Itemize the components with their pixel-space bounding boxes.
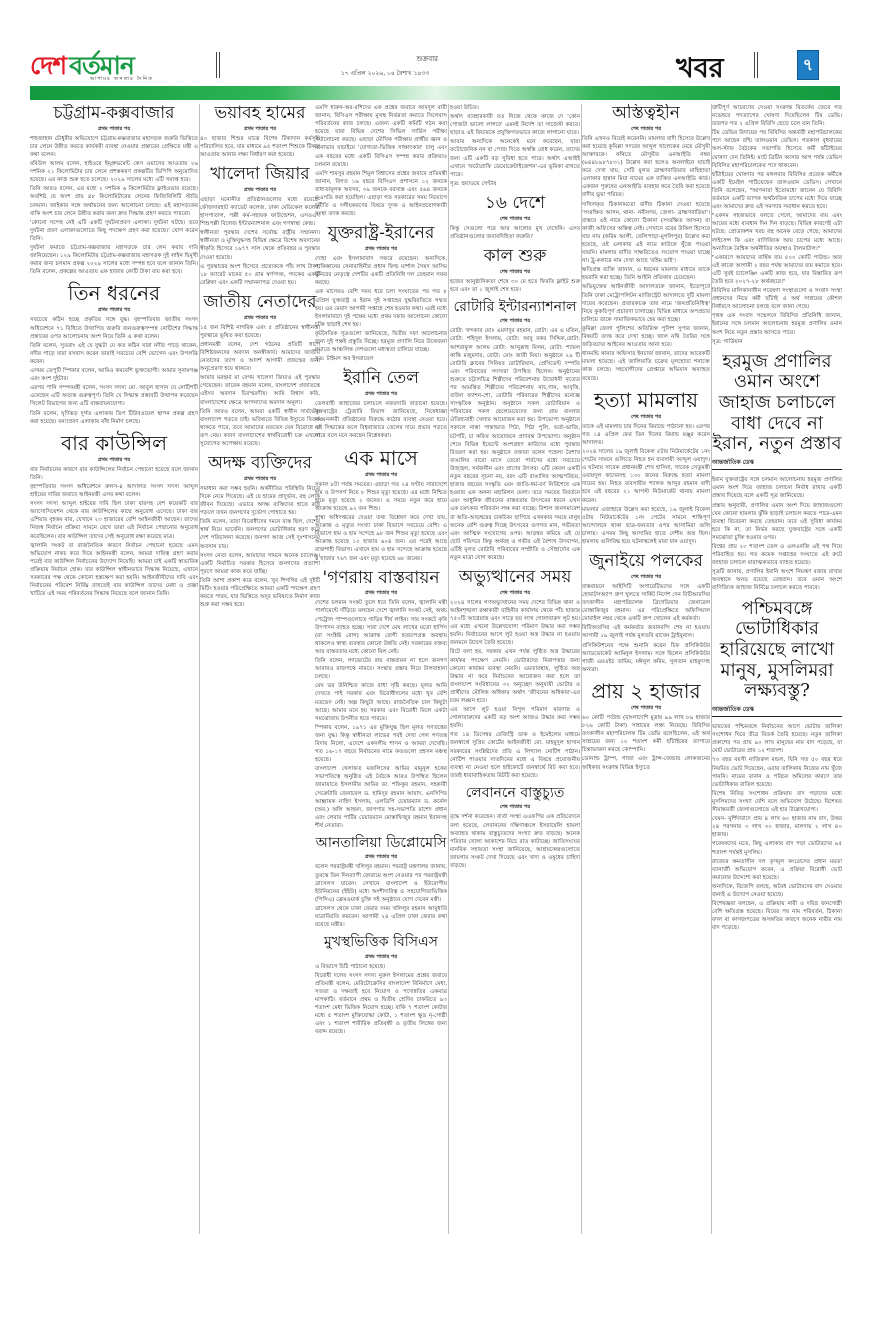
story-headline: যুক্তরাষ্ট্র-ইরানের (315, 224, 447, 243)
jump-line: প্রথম পাতার পর (315, 471, 447, 479)
story-paragraph: তিনি বলেন, গণভোটের রায় বাস্তবায়ন না হল… (315, 657, 447, 681)
story-headline: জাতীয় নেতাদের (200, 293, 320, 312)
column-3: এমপি হারুন-অর-রশিদের এক প্রশ্নের জবাবে আ… (315, 104, 447, 1254)
story-odokkho-byaktider[interactable]: অদক্ষ ব্যক্তিদের প্রথম পাতার পর সমাধান ক… (200, 454, 320, 609)
story-paragraph: আমার মরহুমা মা বেগম খালেদা জিয়াও এই পুর… (200, 374, 320, 406)
story-tin-dhoroner[interactable]: তিন ধরনের প্রথম পাতার পর সবচেয়ে কঠিন হচ… (30, 282, 198, 425)
story-paragraph: গবেষকদের মতে, কিছু এলাকায় বাদ পড়া ভোটা… (712, 840, 842, 856)
story-paragraph: আবার অন্যদিকে অনেকেই মনে করেছেন, যারা ফট… (450, 138, 580, 178)
story-paragraph: স্বাস্থ্য অধিদপ্তরের দেওয়া তথ্য বিশ্লেষ… (315, 514, 447, 563)
story-paragraph: রবিউল আলম বলেন, হাইওয়ে ইম্প্রুভমেন্ট কে… (30, 160, 198, 184)
story-paschimbonge-votadhikar[interactable]: পশ্চিমবঙ্গে ভোটাধিকার হারিয়েছে লাখো মান… (712, 599, 842, 933)
story-headline: হরমুজ প্রণালির ওমান অংশে জাহাজ চলাচলে বা… (712, 352, 842, 455)
issue-date: শুক্রবার ১৭ এপ্রিল ২০২৬, ০৪ বৈশাখ ১৪৩৩ (320, 53, 450, 79)
story-khaleda-ziar[interactable]: খালেদা জিয়ার প্রথম পাতার পর এছাড়া মনোন… (200, 165, 320, 287)
story-paragraph: রোটা: খন্দকার মোঃ এমদাদুর রহমান, রোটা: এ… (450, 327, 580, 562)
story-paragraph: তিনি বলেন, তারা বিরোধীদের দমনে ব্যস্ত ছি… (200, 518, 320, 550)
story-junaid-poloker[interactable]: জুনাইয়ে পলকের শেষ পাতার পর বাস্তবায়নে … (582, 552, 710, 674)
desk-byline: আন্তর্জাতিক ডেস্ক (712, 459, 842, 470)
story-paragraph: তিনি বলেন, সুতরাং এই যে যুদ্ধটা যে কত কঠ… (30, 342, 198, 366)
story-headline: কাল শুরু (450, 247, 580, 266)
story-paragraph: পৃথক এক সংবাদ সম্মেলনে বিবিসির প্রতিনিধি… (712, 312, 842, 336)
story-paragraph: ৬০ কোটি পাউন্ড (বাংলাদেশি মুদ্রায় ৯৯ লা… (582, 714, 710, 754)
story-paragraph: প্রস্তাব অনুযায়ী, প্রণালির ওমান অংশ দিয… (712, 502, 842, 542)
jump-line: শেষ পাতার পর (582, 125, 710, 133)
column-4: হওয়া উচিত। অর্থাৎ ব্যবহারকারী যত নিজে থ… (450, 104, 580, 1254)
story-us-iran[interactable]: যুক্তরাষ্ট্র-ইরানের প্রথম পাতার পর দোহা … (315, 224, 447, 363)
story-paragraph: বৃদ্ধে দর্শনা করেছেন। বার্তা সংস্থা এএফপ… (450, 813, 580, 870)
logo-tagline: আপামর জনতার দৈনিক (90, 76, 153, 84)
story-paragraph: "একদম সহজভাবে বলতে গেলে, আমাদের ব্যয় এব… (712, 212, 842, 252)
issue-day: শুক্রবার (320, 53, 438, 65)
jump-line: প্রথম পাতার পর (200, 475, 320, 483)
story-paragraph: বলেন পররাষ্ট্রমন্ত্রী খলিলুর রহমান। পররা… (315, 863, 447, 903)
story-paragraph: দোহা এবং ইসলামাবাদ সফরে রয়েছেন। অন্যদিক… (315, 255, 447, 287)
story-headline: ইরানি তেল (315, 369, 447, 388)
jump-line: শেষ পাতার পর (582, 704, 710, 712)
story-paragraph: বিশেষজ্ঞরা বলছেন, এ প্রক্রিয়ায় নারী ও … (712, 900, 842, 932)
story-paragraph: হজের আনুষ্ঠানিকতা শেষে ৩০ মে হতে ফিরতি ফ… (450, 278, 580, 294)
story-paragraph: ইরান যুক্তরাষ্ট্রের সঙ্গে চলমান আলোচনায়… (712, 476, 842, 500)
story-source: সূত্র: টাইমস অব ইসরায়েল (315, 355, 447, 363)
story-paragraph: এর আগে লুট হওয়া বিপুল পরিমাণ মারণাস্ত্র… (450, 706, 580, 730)
story-paragraph: ছাঁটাইয়ের ঘোষণার পর মঙ্গলবার বিবিসির প্… (712, 171, 842, 211)
jump-line: শেষ পাতার পর (450, 268, 580, 276)
jump-line: প্রথম পাতার পর (315, 589, 447, 597)
story-irani-tel[interactable]: ইরানি তেল প্রথম পাতার পর তেলবাহী জাহাজের… (315, 369, 447, 440)
jump-line: প্রথম পাতার পর (30, 456, 198, 464)
story-paragraph: স্বাধীনতা পুরস্কার দেশের সর্বোচ্চ রাষ্ট্… (200, 229, 320, 261)
story-headline: বার কাউন্সিল (30, 432, 198, 454)
story-paragraph: বিশ্বের প্রায় ২০ শতাংশ তেল ও এলএনজি এই … (712, 543, 842, 567)
story-paragraph: ব্রাসেলস থেকে ঢাকা ফেরার সময় খলিলুর রহম… (315, 905, 447, 929)
story-paragraph: "একারণে আমাদের বার্ষিক ব্যয় ৫০০ কোটি পা… (712, 254, 842, 286)
story-paragraph: সংসদ সদস্য আব্দুল হাইয়ের দাবি ছিল ঢাকা … (30, 500, 198, 540)
column-1: চট্টগ্রাম-কক্সবাজার প্রথম পাতার পর শাহজা… (30, 104, 198, 1254)
story-bhoyaboho-hamer[interactable]: ভয়াবহ হামের প্রথম পাতার পর ৪০ হাজার শিশ… (200, 104, 320, 159)
story-paragraph: বিরোধী দলের সংসদ সদস্য নুরুল ইসলামের প্র… (315, 972, 447, 1037)
jump-line: প্রথম পাতার পর (315, 390, 447, 398)
jump-line: প্রথম পাতার পর (315, 953, 447, 961)
story-paragraph: প্রসিকিউশনের পক্ষে শুনানি করেন চিফ প্রসি… (582, 642, 710, 674)
story-headline: 'গণরায় বাস্তবায়ন (315, 569, 447, 588)
story-headline: লেবাননে বাস্তুচ্যুত (450, 786, 580, 801)
story-source: সূত্র: গার্ডিয়ান (712, 338, 842, 346)
story-paragraph: 'কোনো সন্দেহ নেই এটি একটি দুর্ঘটনাপ্রবণ … (30, 219, 198, 243)
column-2: ভয়াবহ হামের প্রথম পাতার পর ৪০ হাজার শিশ… (200, 104, 320, 1254)
story-jatiyo-netader[interactable]: জাতীয় নেতাদের প্রথম পাতার পর ১৫ জন বিশি… (200, 293, 320, 448)
story-paragraph: সবচেয়ে কঠিন হচ্ছে প্রকৃতির সঙ্গে যুদ্ধ।… (30, 316, 198, 340)
story-headline: ভয়াবহ হামের (200, 104, 320, 123)
story-paragraph: ৭৩ বছর বয়সী নাজিরুল মন্ডল, যিনি গত ৫০ ব… (712, 756, 842, 788)
story-paragraph: এক মাসেরও বেশি সময় ধরে চলা সংঘাতের পর গ… (315, 288, 447, 328)
story-paragraph: বার নির্বাচনের কারণে বার কাউন্সিলের নির্… (30, 466, 198, 482)
masthead-divider (754, 52, 758, 78)
story-paragraph: অন্যদিকে, বিজেপি বলছে, অবৈধ ভোটারদের বাদ… (712, 883, 842, 899)
story-headline: মুখস্থভিত্তিক বিসিএস (315, 935, 447, 950)
jump-line: শেষ পাতার পর (450, 803, 580, 811)
story-paragraph: টিম ডেভির বিদায়ের পর বিবিসির অন্তর্বর্ত… (712, 129, 842, 169)
story-headline: অদক্ষ ব্যক্তিদের (200, 454, 320, 473)
story-obbhutthaner-somoy[interactable]: অভ্যুত্থানের সময় শেষ পাতার পর ২০২৪ সালে… (450, 568, 580, 780)
jump-line: শেষ পাতার পর (450, 317, 580, 325)
jump-line: প্রথম পাতার পর (200, 314, 320, 322)
page-number-badge: ৭ (797, 50, 819, 80)
logo-desh: দেশ (30, 51, 66, 80)
story-ek-mase[interactable]: এক মাসে প্রথম পাতার পর সকাল ৮টা পর্যন্ত … (315, 447, 447, 563)
header-green-band (30, 86, 840, 100)
story-paragraph: এরপর পানি সম্পদমন্ত্রী বলেন, সংসদ সদস্য … (30, 384, 198, 408)
story-paragraph: দেশের চলমান সংকট তুলে ধরে তিনি বলেন, জ্ব… (315, 599, 447, 656)
story-rotary-international[interactable]: রোটারি ইন্টারন্যাশনাল শেষ পাতার পর রোটা:… (450, 300, 580, 562)
story-headline: এক মাসে (315, 447, 447, 469)
story-paragraph: তেলবাহী জাহাজের চলাচলে নজরদারি বাড়ানো হ… (315, 400, 447, 440)
story-bbc-continued[interactable]: ত্রুটিপূর্ণ আচরণের দেওয়া সংক্রান্ত বিতর… (712, 104, 842, 346)
story-headline: ১৬ দেশে (450, 194, 580, 213)
jump-line: প্রথম পাতার পর (315, 853, 447, 861)
story-paragraph: বিবিসির মালিকানাধীন গবেষণা সংস্থাগুলো ও … (712, 287, 842, 311)
story-paragraph: ২০২৪ সালের ১৯ জুলাই বিকেল ৫টায় নিউমার্ক… (582, 448, 710, 505)
story-headline: তিন ধরনের (30, 282, 198, 304)
jump-line: প্রথম পাতার পর (30, 306, 198, 314)
story-kal-shuru[interactable]: কাল শুরু শেষ পাতার পর হজের আনুষ্ঠানিকতা … (450, 247, 580, 294)
story-paragraph: জ্বালানি সংকট বা রাজনৈতিক কারণে নির্বাচন… (30, 542, 198, 599)
story-16-deshe[interactable]: ১৬ দেশে শেষ পাতার পর কিন্তু সেগুলো পরে আ… (450, 194, 580, 241)
story-headline: চট্টগ্রাম-কক্সবাজার (30, 104, 198, 123)
story-paragraph: যেমন- মুর্শিদাবাদে প্রায় ৪ লাখ ৬০ হাজার… (712, 815, 842, 839)
story-paragraph: কুমিল্লা জেলা পুলিশের অতিরিক্ত পুলিশ সুপ… (582, 325, 710, 349)
story-paragraph: ত্রুটিপূর্ণ আচরণের দেওয়া সংক্রান্ত বিতর… (712, 104, 842, 128)
story-headline: পশ্চিমবঙ্গে ভোটাধিকার হারিয়েছে লাখো মান… (712, 599, 842, 702)
story-source: সূত্র: হুয়াওয়ে সেন্টার (450, 180, 580, 188)
story-paragraph: তিনি এখনও বিয়েই করেননি। মামলার বাদী হিস… (582, 135, 710, 200)
story-ai-pose-continued[interactable]: হওয়া উচিত। অর্থাৎ ব্যবহারকারী যত নিজে থ… (450, 104, 580, 188)
story-paragraph: এসময় ডেপুটি স্পিকার বলেন, আমিও কমবেশি ভ… (30, 367, 198, 383)
story-paragraph: মামলার এজাহারে উল্লেখ করা হয়েছে, ১৯ জুল… (582, 506, 710, 546)
story-headline: জুনাইয়ে পলকের (582, 552, 710, 571)
story-headline: হত্যা মামলায় (582, 389, 710, 411)
masthead: দেশবর্তমান আপামর জনতার দৈনিক শুক্রবার ১৭… (30, 46, 840, 86)
story-paragraph: ২০২৪ সালের গণঅভ্যুত্থানের সময় দেশের বিভ… (450, 599, 580, 648)
column-5: অস্তিত্বহীন শেষ পাতার পর তিনি এখনও বিয়ে… (582, 104, 710, 1254)
story-paragraph: ধানমন্ডি থানার অফিসার ইনচার্জ জানান, তাদ… (582, 350, 710, 382)
story-paragraph: এছাড়া মনোনীত প্রতিষ্ঠানগুলোর মধ্যে রয়ে… (200, 196, 320, 228)
story-paragraph: হওয়া উচিত। (450, 104, 580, 112)
story-paragraph: তাকে এই মামলায় চার দিনের রিমান্ডে পাঠান… (582, 423, 710, 447)
story-paragraph: সকাল ৮টা পর্যন্ত সময়ের। এছাড়া গত ২৪ ঘণ… (315, 481, 447, 513)
story-ostittohin[interactable]: অস্তিত্বহীন শেষ পাতার পর তিনি এখনও বিয়ে… (582, 104, 710, 383)
story-paragraph: দাখিলকৃত ঠিকানামতো বাদীর ঠিকানা দেওয়া হ… (582, 201, 710, 266)
story-antalya-diplomacy[interactable]: আনতালিয়া ডিপ্লোমেসি প্রথম পাতার পর বলেন… (315, 836, 447, 929)
story-headline: খালেদা জিয়ার (200, 165, 320, 184)
story-paragraph: গত ১৪ ডিসেম্বর রেজিস্ট্রি ডাক ও ইমেইলের … (450, 731, 580, 780)
story-paragraph: এ পুরস্কারের অংশ হিসেবে প্রত্যেককে পাঁচ … (200, 263, 320, 287)
masthead-divider (216, 52, 220, 78)
desk-byline: আন্তর্জাতিক ডেস্ক (712, 706, 842, 717)
story-paragraph: এমপি শামসুর রহমান শিমুল বিশ্বাসের প্রশ্ন… (315, 170, 447, 219)
story-paragraph: সমাধান করা সম্ভব হয়নি। অর্থনীতির পরিস্থ… (200, 485, 320, 517)
story-paragraph: এমপি হারুন-অর-রশিদের এক প্রশ্নের জবাবে আ… (315, 104, 447, 169)
story-hormuz-oman[interactable]: হরমুজ প্রণালির ওমান অংশে জাহাজ চলাচলে বা… (712, 352, 842, 593)
story-paragraph: সূত্রটি জানায়, প্রণালির ইরানি অংশে নিয়… (712, 568, 842, 592)
story-headline: রোটারি ইন্টারন্যাশনাল (450, 300, 580, 315)
story-paragraph: অভিযুক্তের আইনজীবী আদালতকে জানান, ইতোপূর… (582, 283, 710, 323)
story-paragraph: তিনি আরও বলেন, আমরা একটি স্বাধীন সার্বভৌ… (200, 408, 320, 448)
story-paragraph: বিশেষ নিবিড় সংশোধন প্রক্রিয়ায় বাদ পড়… (712, 790, 842, 814)
jump-line: প্রথম পাতার পর (30, 125, 198, 133)
issue-full-date: ১৭ এপ্রিল ২০২৬, ০৪ বৈশাখ ১৪৩৩ (320, 68, 450, 79)
jump-line: প্রথম পাতার পর (200, 125, 320, 133)
story-bcs-continued[interactable]: এমপি হারুন-অর-রশিদের এক প্রশ্নের জবাবে আ… (315, 104, 447, 218)
story-paragraph: এ বিভাগে চিঠি পাঠানো হয়েছে। (315, 963, 447, 971)
story-gonoray-bastobayon[interactable]: 'গণরায় বাস্তবায়ন প্রথম পাতার পর দেশের … (315, 569, 447, 830)
story-paragraph: বাস্তবায়নে আইসিটি অপারেটিভদের সঙ্গে একট… (582, 583, 710, 623)
newspaper-logo[interactable]: দেশবর্তমান আপামর জনতার দৈনিক (30, 46, 134, 86)
column-6: ত্রুটিপূর্ণ আচরণের দেওয়া সংক্রান্ত বিতর… (712, 104, 842, 1254)
story-paragraph: রাজ্যের ক্ষমতাসীন দল তৃণমূল কংগ্রেসের প্… (712, 858, 842, 882)
story-pray-2-hajar[interactable]: প্রায় ২ হাজার শেষ পাতার পর ৬০ কোটি পাউন… (582, 680, 710, 772)
story-hotta-mamlay[interactable]: হত্যা মামলায় শেষ পাতার পর তাকে এই মামলা… (582, 389, 710, 547)
story-chattogram-coxsbazar[interactable]: চট্টগ্রাম-কক্সবাজার প্রথম পাতার পর শাহজা… (30, 104, 198, 276)
story-paragraph: তিনি বলেন, ঘূর্ণিঝড় দুর্গত এলাকায় ডিপ … (30, 410, 198, 426)
story-paragraph: তিনি আরও বলেন, এর মধ্যে ২ দশমিক ৬ কিলোমি… (30, 185, 198, 217)
story-paragraph: স্পিকার বলেন, ১৯৭১ এর মুক্তিযুদ্ধ ছিল মূ… (315, 724, 447, 764)
story-bar-council[interactable]: বার কাউন্সিল প্রথম পাতার পর বার নির্বাচন… (30, 432, 198, 599)
story-paragraph: মেঘ ভর উনিশ্চিত কাজে বাধা সৃষ্টি করছে। ম… (315, 682, 447, 722)
story-paragraph: সংসদ নেতা বলেন, আমাদের সামনে অনেক চ্যালে… (200, 552, 320, 576)
story-paragraph: ৪০ হাজার শিশুর মাঝে বিশেষ টিকাদান কর্মসূ… (200, 135, 320, 159)
story-paragraph: বৃহস্পতিবার সংসদ অধিবেশনে রুলস-৪ আদালত স… (30, 483, 198, 499)
story-lebanon-displaced[interactable]: লেবাননে বাস্তুচ্যুত শেষ পাতার পর বৃদ্ধে … (450, 786, 580, 870)
story-mukhostho-bcs[interactable]: মুখস্থভিত্তিক বিসিএস প্রথম পাতার পর এ বি… (315, 935, 447, 1036)
story-paragraph: তিনি আশা প্রকাশ করে বলেন, খুব শিগগির এই … (200, 577, 320, 609)
column-rule (448, 104, 449, 1234)
jump-line: প্রথম পাতার পর (200, 186, 320, 194)
story-paragraph: শাহজাহান চৌধুরীর অভিযোগে চট্টগ্রাম-কক্সব… (30, 135, 198, 159)
story-paragraph: দুর্ঘটনা কমাতে চট্টগ্রাম-কক্সবাজার মহাসড… (30, 244, 198, 276)
jump-line: প্রথম পাতার পর (315, 245, 447, 253)
story-headline: আনতালিয়া ডিপ্লোমেসি (315, 836, 447, 851)
story-paragraph: প্রধানমন্ত্রী বলেন, দেশ গঠনের প্রতিটি ধা… (200, 341, 320, 373)
story-headline: প্রায় ২ হাজার (582, 680, 710, 702)
story-paragraph: কিন্তু সেগুলো পরে আর আলোর মুখ দেখেনি। এস… (450, 225, 580, 241)
jump-line: শেষ পাতার পর (582, 573, 710, 581)
story-paragraph: ভারতের পশ্চিমবঙ্গে নির্বাচনের আগে ভোটার … (712, 723, 842, 755)
story-paragraph: রিটে বলা হয়, সরকার এখন পর্যন্ত লুণ্ঠিত … (450, 648, 580, 705)
story-headline: অস্তিত্বহীন (582, 104, 710, 123)
story-paragraph: অর্থাৎ ব্যবহারকারী যত নিজে থেকে কাজে দে … (450, 113, 580, 137)
story-paragraph: বাংলাদেশ খেলাফত মজলিসের আমির মামুনুল হকে… (315, 765, 447, 830)
story-paragraph: ১৫ জন বিশিষ্ট নাগরিক এবং ৫ প্রতিষ্ঠানের … (200, 324, 320, 340)
story-paragraph: বিটিআরসির এই কর্মকর্তার জবানবন্দি শেষ না… (582, 624, 710, 640)
story-paragraph: ক্ষতিগ্রস্ত ব্যক্তি জানান, এ ধরনের মামলা… (582, 266, 710, 282)
story-paragraph: ডোনাল্ড ট্রাম্প, গাজা এবং ট্রান্স-জেন্ডা… (582, 755, 710, 771)
jump-line: শেষ পাতার পর (450, 589, 580, 597)
story-paragraph: কূটনৈতিক সূত্রগুলো জানিয়েছে, দ্বিতীয় দ… (315, 330, 447, 354)
jump-line: শেষ পাতার পর (582, 413, 710, 421)
jump-line: শেষ পাতার পর (450, 215, 580, 223)
story-headline: অভ্যুত্থানের সময় (450, 568, 580, 587)
